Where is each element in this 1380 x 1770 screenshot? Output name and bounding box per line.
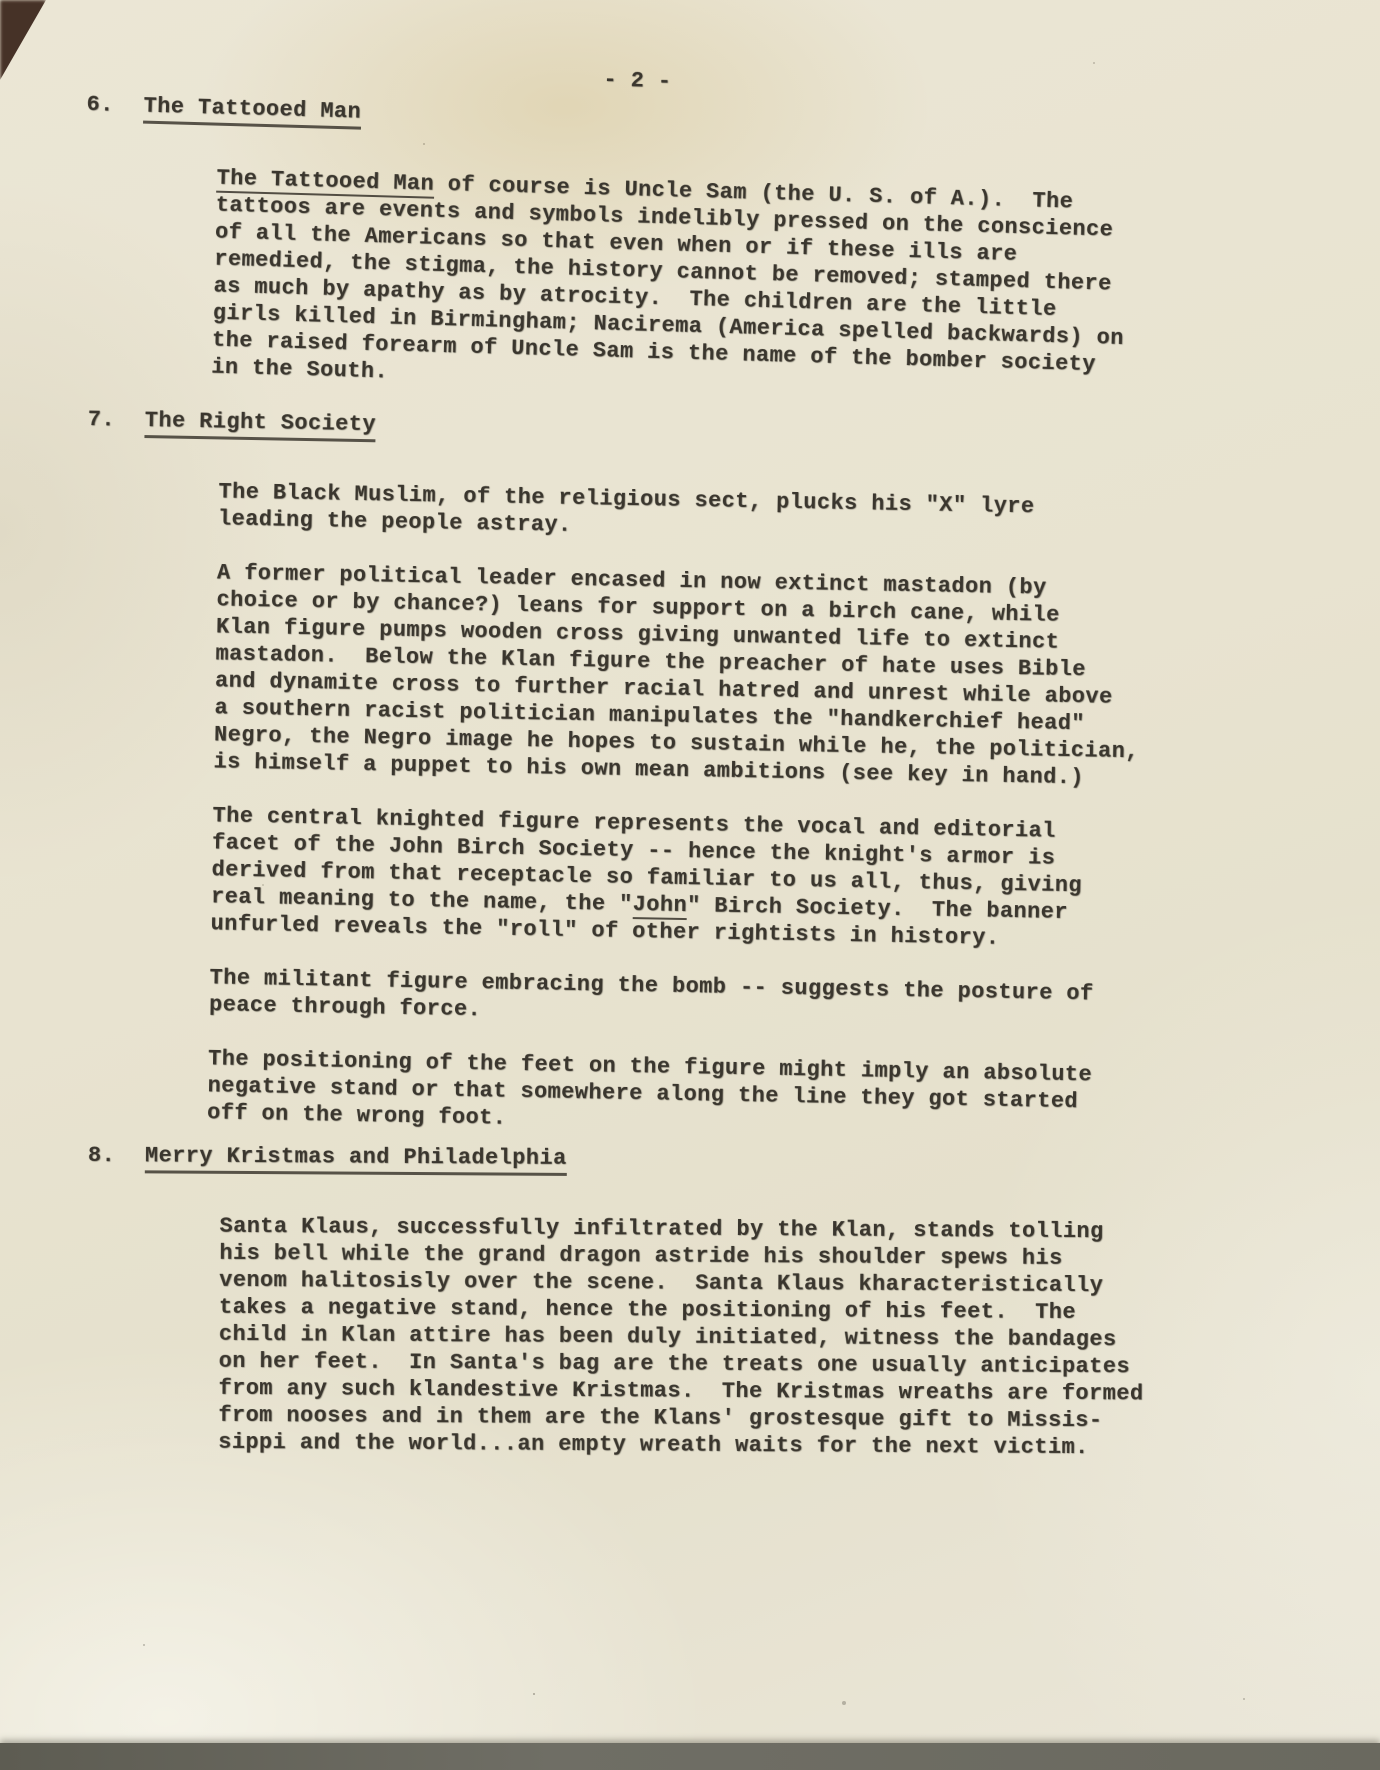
section-number: 6. <box>86 91 144 124</box>
section-number: 8. <box>88 1142 145 1173</box>
paragraph: A former political leader encased in now… <box>213 559 1215 793</box>
scan-corner-shadow <box>0 0 46 80</box>
section-6: - 2 - 6. The Tattooed Man The Tattooed M… <box>79 52 1208 408</box>
section-title: The Tattooed Man <box>143 93 361 130</box>
paragraph: The Black Muslim, of the religious sect,… <box>218 478 1217 550</box>
paragraph: The militant figure embracing the bomb -… <box>209 964 1208 1036</box>
section-title: The Right Society <box>144 407 376 442</box>
section-title: Merry Kristmas and Philadelphia <box>145 1142 567 1176</box>
text-line: sippi and the world...an empty wreath wa… <box>218 1429 1216 1462</box>
section-number: 7. <box>87 406 145 438</box>
paper-speckles <box>0 0 2 2</box>
page-number: - 2 - <box>603 66 1208 110</box>
paragraph: The Tattooed Man of course is Uncle Sam … <box>211 165 1205 409</box>
document-page: - 2 - 6. The Tattooed Man The Tattooed M… <box>0 0 1380 1770</box>
scan-edge-strip <box>0 1743 1380 1770</box>
section-heading: 7. The Right Society <box>87 406 1217 458</box>
section-8: 8. Merry Kristmas and Philadelphia Santa… <box>86 1142 1218 1462</box>
section-7: 7. The Right Society The Black Muslim, o… <box>75 406 1218 1145</box>
paragraph: Santa Klaus, successfully infiltrated by… <box>218 1213 1217 1462</box>
paragraph: The positioning of the feet on the figur… <box>207 1045 1206 1144</box>
underlined-phrase: John <box>632 892 687 920</box>
paragraph: The central knighted figure represents t… <box>210 802 1210 955</box>
section-heading: 8. Merry Kristmas and Philadelphia <box>88 1142 1218 1180</box>
